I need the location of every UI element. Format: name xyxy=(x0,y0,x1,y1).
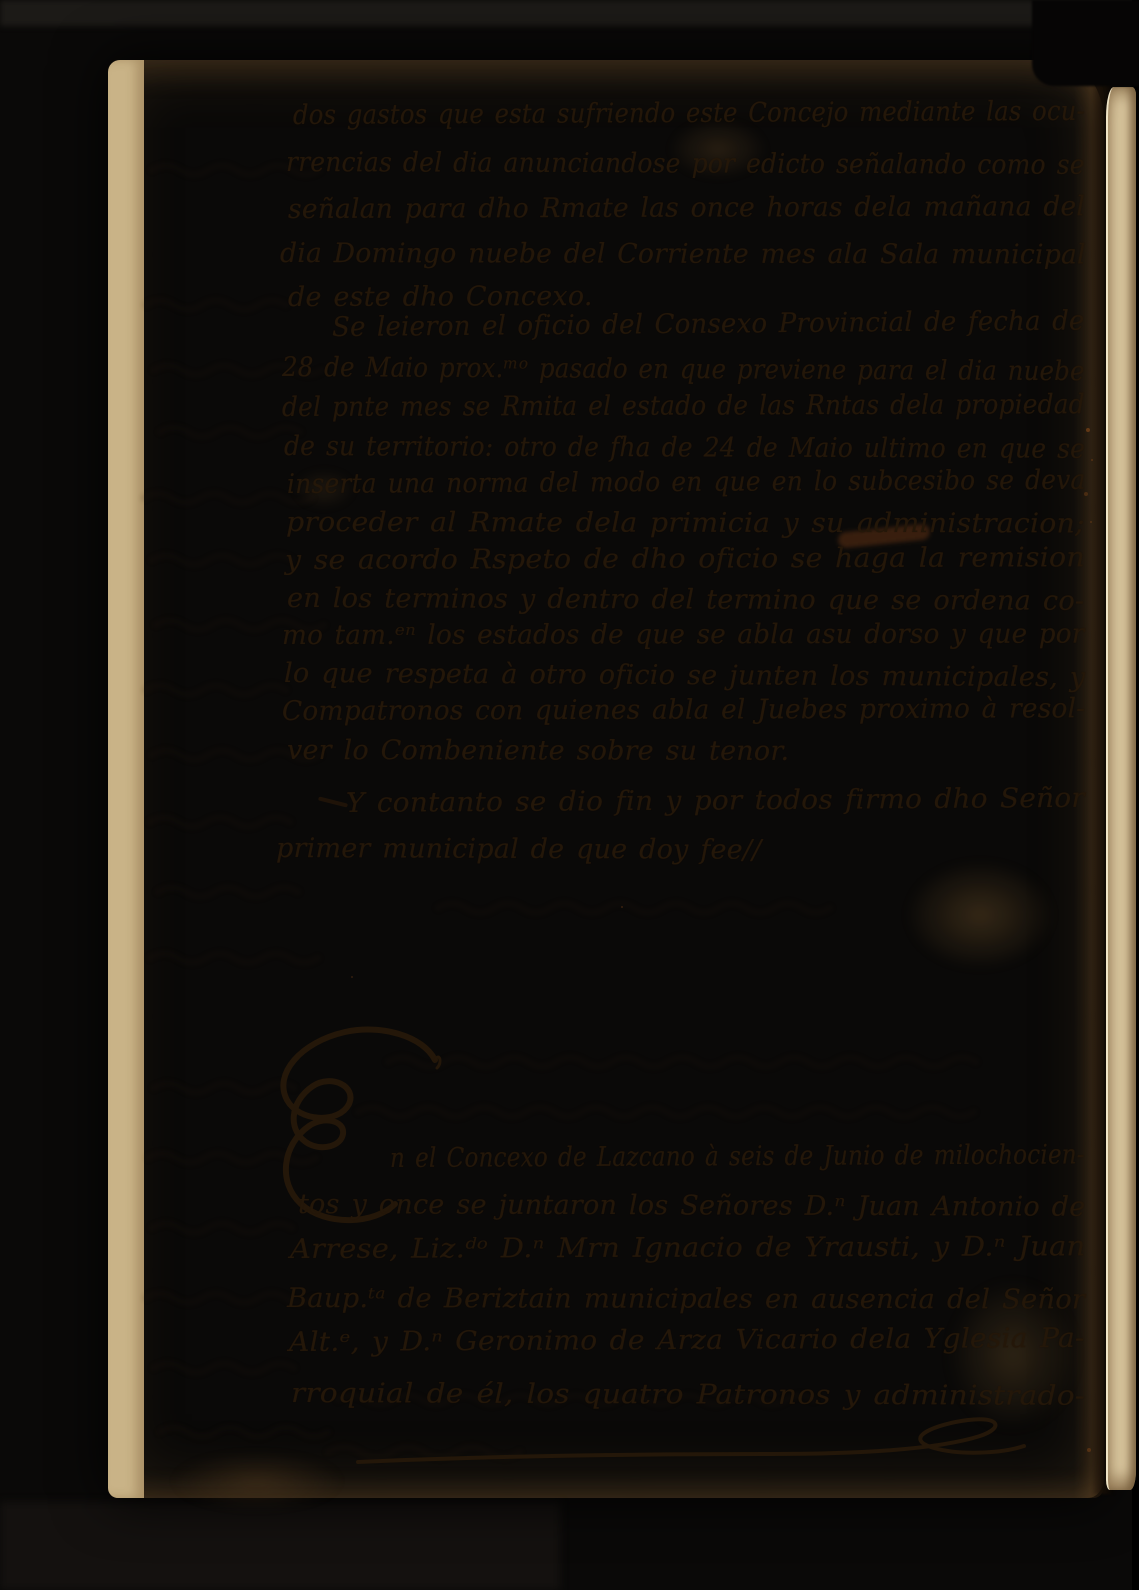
closing-flourish-icon xyxy=(352,1412,1032,1476)
manuscript-line: proceder al Rmate dela primicia y su adm… xyxy=(286,507,1085,541)
manuscript-line: señalan para dho Rmate las once horas de… xyxy=(288,191,1085,226)
manuscript-line: Arrese, Liz.ᵈᵒ D.ⁿ Mrn Ignacio de Yraust… xyxy=(290,1231,1086,1266)
scan-bottom-shadow-patch xyxy=(0,1502,560,1590)
manuscript-line: lo que respeta à otro oficio se junten l… xyxy=(284,658,1086,695)
manuscript-line: y se acordo Rspeto de dho oficio se haga… xyxy=(285,542,1085,577)
manuscript-line: Alt.ᵉ, y D.ⁿ Geronimo de Arza Vicario de… xyxy=(289,1323,1085,1360)
scan-top-right-dark-corner xyxy=(1032,0,1139,86)
manuscript-line: Compatronos con quienes abla el Juebes p… xyxy=(282,693,1085,728)
manuscript-line: 28 de Maio prox.ᵐᵒ pasado en que previen… xyxy=(282,352,1085,389)
manuscript-line: Se leieron el oficio del Consexo Provinc… xyxy=(332,305,1085,344)
manuscript-line: rrencias del dia anunciandose por edicto… xyxy=(286,147,1085,182)
manuscript-line: dos gastos que esta sufriendo este Conce… xyxy=(293,96,1085,133)
manuscript-line: primer municipal de que doy fee// xyxy=(276,833,762,867)
adjacent-page-edge xyxy=(1106,87,1136,1490)
manuscript-line: dia Domingo nuebe del Corriente mes ala … xyxy=(280,238,1086,272)
manuscript-line: n el Concexo de Lazcano à seis de Junio … xyxy=(390,1139,1085,1175)
manuscript-line: tos y once se juntaron los Señores D.ⁿ J… xyxy=(298,1189,1086,1224)
manuscript-line: del pnte mes se Rmita el estado de las R… xyxy=(282,389,1085,424)
manuscript-line: rroquial de él, los quatro Patronos y ad… xyxy=(291,1378,1085,1413)
ink-specks xyxy=(1086,428,1090,432)
manuscript-line: de su territorio: otro de fha de 24 de M… xyxy=(284,431,1085,466)
manuscript-line: ver lo Combeniente sobre su tenor. xyxy=(287,735,789,768)
manuscript-line: inserta una norma del modo en que en lo … xyxy=(287,465,1086,502)
closing-flourish xyxy=(352,1412,1032,1476)
scanned-manuscript-photo: { "scan": { "background_color": "#0a0908… xyxy=(0,0,1139,1590)
manuscript-page xyxy=(108,60,1104,1498)
manuscript-line: Y contanto se dio fin y por todos firmo … xyxy=(346,783,1085,821)
manuscript-line: en los terminos y dentro del termino que… xyxy=(287,583,1084,618)
scan-top-light-band xyxy=(0,0,1139,26)
manuscript-line: Baup.ᵗᵃ de Beriztain municipales en ause… xyxy=(287,1283,1085,1317)
manuscript-line: mo tam.ᵉⁿ los estados de que se abla asu… xyxy=(282,619,1085,653)
